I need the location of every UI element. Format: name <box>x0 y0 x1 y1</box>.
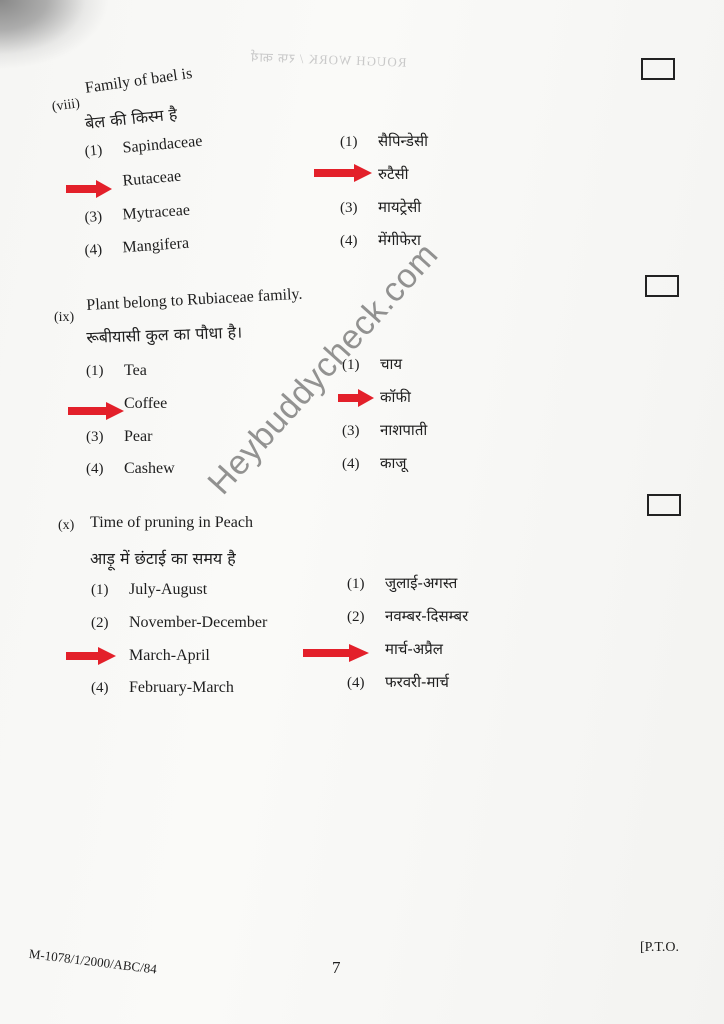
answer-arrow-icon <box>68 402 124 420</box>
answer-arrow-icon <box>314 164 372 182</box>
option-en-3: (3)Pear <box>86 428 152 446</box>
answer-box[interactable] <box>647 494 681 516</box>
answer-arrow-icon <box>66 180 112 198</box>
answer-box[interactable] <box>645 275 679 297</box>
option-hi-3: (3)नाशपाती <box>342 420 427 440</box>
option-hi-3: (3)मायट्रेसी <box>340 197 421 217</box>
question-number: (ix) <box>54 310 74 326</box>
option-hi-4: (4)काजू <box>342 453 407 473</box>
option-en-4: (4)February-March <box>91 679 234 697</box>
option-en-1: (1)July-August <box>91 581 207 599</box>
page-number: 7 <box>332 958 341 978</box>
question-text-en: Time of pruning in Peach <box>90 514 253 532</box>
option-en-4: (4)Mangifera <box>84 235 190 260</box>
question-number: (x) <box>58 518 74 534</box>
showthrough-text: ROUGH WORK / रफ कार्य <box>250 47 407 70</box>
question-text-hi: बेल की किस्म है <box>84 102 178 134</box>
option-en-4: (4)Cashew <box>86 460 175 478</box>
answer-arrow-icon <box>66 647 116 665</box>
page-curl-shadow <box>0 0 110 70</box>
option-en-2: (2)November-December <box>91 614 267 632</box>
pto-label: [P.T.O. <box>640 940 679 956</box>
answer-arrow-icon <box>338 389 374 407</box>
option-en-1: (1)Tea <box>86 362 147 380</box>
option-hi-1: (1)सैपिन्डेसी <box>340 131 428 151</box>
paper-code: M-1078/1/2000/ABC/84 <box>28 946 158 978</box>
answer-box[interactable] <box>641 58 675 80</box>
option-hi-1: (1)जुलाई-अगस्त <box>347 573 457 593</box>
question-text-hi: आड़ू में छंटाई का समय है <box>90 547 236 569</box>
question-text-hi: रूबीयासी कुल का पौधा है। <box>86 321 242 348</box>
exam-page: ROUGH WORK / रफ कार्य (viii) Family of b… <box>0 0 724 1024</box>
option-en-1: (1)Sapindaceae <box>84 133 203 161</box>
option-hi-4: (4)फरवरी-मार्च <box>347 672 449 692</box>
answer-arrow-icon <box>303 644 369 662</box>
option-hi-2: (2)नवम्बर-दिसम्बर <box>347 606 468 626</box>
watermark: Heybuddycheck.com <box>201 236 447 503</box>
question-text-en: Plant belong to Rubiaceae family. <box>86 286 303 315</box>
option-en-3: (3)Mytraceae <box>84 202 191 227</box>
question-number: (viii) <box>51 96 81 116</box>
